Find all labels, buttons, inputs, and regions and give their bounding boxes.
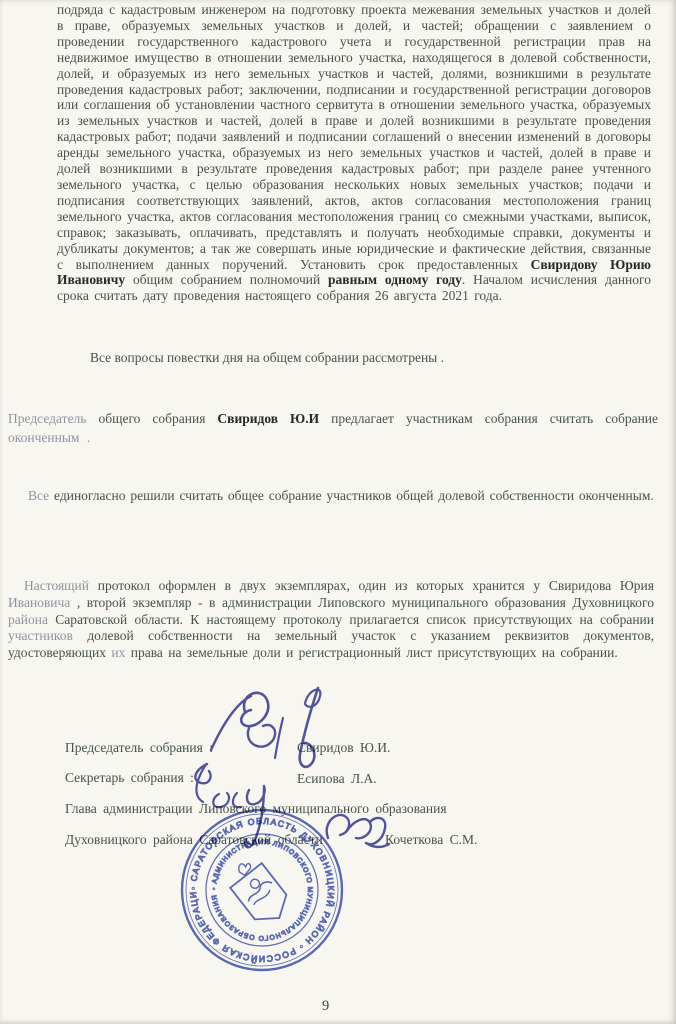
text-segment: Председатель: [8, 411, 86, 426]
scanned-protocol-page: подряда с кадастровым инженером на подго…: [0, 0, 676, 1024]
secretary-name: Есипова Л.А.: [297, 771, 377, 787]
text-segment: района: [8, 612, 48, 627]
unanimous-decision-line: Все единогласно решили считать общее соб…: [28, 488, 654, 504]
text-segment: общего собрания: [86, 411, 217, 426]
protocol-copies-paragraph: Настоящий протокол оформлен в двух экзем…: [8, 578, 654, 662]
head-name: Кочеткова С.М.: [385, 832, 477, 848]
agenda-reviewed-line: Все вопросы повестки дня на общем собран…: [90, 350, 444, 366]
secretary-signature-label: Секретарь собрания :: [65, 770, 194, 786]
text-segment: единогласно решили считать общее собрани…: [49, 488, 654, 503]
text-segment: Саратовской области. К настоящему проток…: [48, 612, 654, 627]
stamp-inner-text: • АДМИНИСТРАЦИЯ ЛИПОВСКОГО МУНИЦИПАЛЬНОГ…: [211, 839, 313, 941]
text-segment: протокол оформлен в двух экземплярах, од…: [89, 578, 654, 593]
main-paragraph: подряда с кадастровым инженером на подго…: [57, 2, 651, 304]
text-segment: предлагает участникам собрания считать с…: [319, 411, 658, 426]
chairman-proposal-paragraph: Председатель общего собрания Свиридов Ю.…: [8, 409, 658, 447]
text-segment: подряда с кадастровым инженером на подго…: [57, 2, 651, 272]
stamp-coat-of-arms: [223, 854, 295, 931]
page-number: 9: [322, 998, 329, 1015]
text-segment: права на земельные доли и регистрационны…: [125, 645, 617, 660]
text-segment: их: [111, 645, 125, 660]
text-segment: равным одному году: [328, 272, 462, 287]
text-segment: оконченным .: [8, 430, 90, 445]
text-segment: Все: [28, 488, 49, 503]
text-segment: Свиридов Ю.И: [217, 411, 319, 426]
text-segment: Настоящий: [24, 578, 89, 593]
stamp-bird-icon: [236, 860, 253, 877]
text-segment: Ивановича: [8, 595, 70, 610]
stamp-inner-ring: [206, 834, 318, 946]
municipal-stamp: • САРАТОВСКАЯ ОБЛАСТЬ ДУХОВНИЦКИЙ РАЙОН …: [176, 804, 348, 976]
text-segment: , второй экземпляр - в администрации Лип…: [70, 595, 654, 610]
text-segment: общим собранием полномочий: [125, 272, 328, 287]
text-segment: участников: [8, 628, 73, 643]
